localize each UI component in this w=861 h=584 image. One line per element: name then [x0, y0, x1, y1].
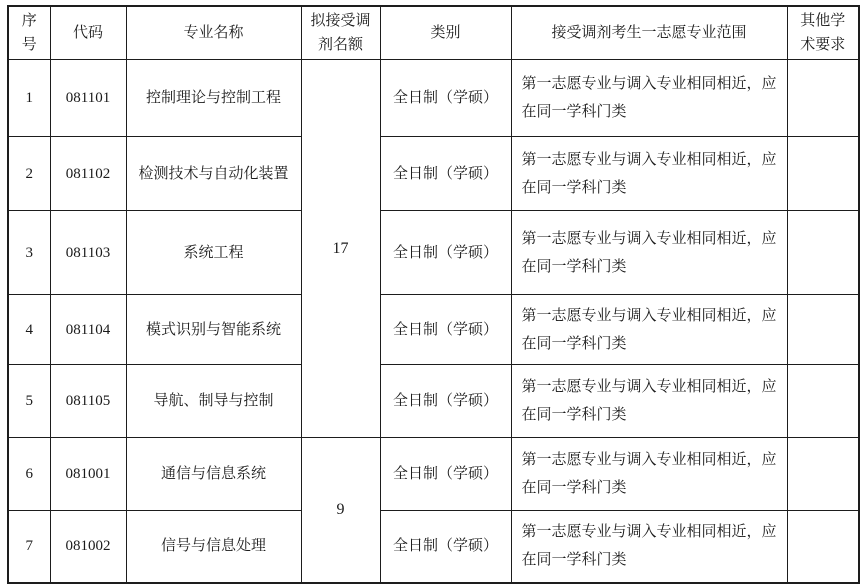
range-cell: 第一志愿专业与调入专业相同相近，应在同一学科门类	[511, 137, 787, 211]
code-cell: 081103	[50, 211, 126, 295]
serial-cell: 6	[8, 438, 50, 511]
range-cell: 第一志愿专业与调入专业相同相近，应在同一学科门类	[511, 211, 787, 295]
header-major-name: 专业名称	[126, 6, 301, 60]
category-cell: 全日制（学硕）	[380, 137, 511, 211]
serial-cell: 5	[8, 365, 50, 438]
major-cell: 导航、制导与控制	[126, 365, 301, 438]
table-row: 7 081002 信号与信息处理 全日制（学硕） 第一志愿专业与调入专业相同相近…	[8, 511, 859, 583]
other-cell	[787, 365, 859, 438]
table-row: 1 081101 控制理论与控制工程 17 全日制（学硕） 第一志愿专业与调入专…	[8, 60, 859, 137]
table-row: 5 081105 导航、制导与控制 全日制（学硕） 第一志愿专业与调入专业相同相…	[8, 365, 859, 438]
header-quota: 拟接受调剂名额	[301, 6, 380, 60]
table-header-row: 序号 代码 专业名称 拟接受调剂名额 类别 接受调剂考生一志愿专业范围 其他学术…	[8, 6, 859, 60]
other-cell	[787, 137, 859, 211]
serial-cell: 4	[8, 295, 50, 365]
category-cell: 全日制（学硕）	[380, 438, 511, 511]
range-cell: 第一志愿专业与调入专业相同相近，应在同一学科门类	[511, 365, 787, 438]
quota-cell-group-2: 9	[301, 438, 380, 583]
category-cell: 全日制（学硕）	[380, 365, 511, 438]
major-cell: 模式识别与智能系统	[126, 295, 301, 365]
other-cell	[787, 295, 859, 365]
header-serial-number: 序号	[8, 6, 50, 60]
major-cell: 控制理论与控制工程	[126, 60, 301, 137]
code-cell: 081101	[50, 60, 126, 137]
category-cell: 全日制（学硕）	[380, 511, 511, 583]
serial-cell: 3	[8, 211, 50, 295]
table-row: 2 081102 检测技术与自动化装置 全日制（学硕） 第一志愿专业与调入专业相…	[8, 137, 859, 211]
serial-cell: 2	[8, 137, 50, 211]
major-cell: 检测技术与自动化装置	[126, 137, 301, 211]
other-cell	[787, 211, 859, 295]
quota-cell-group-1: 17	[301, 60, 380, 438]
code-cell: 081105	[50, 365, 126, 438]
header-code: 代码	[50, 6, 126, 60]
serial-cell: 7	[8, 511, 50, 583]
major-cell: 信号与信息处理	[126, 511, 301, 583]
code-cell: 081001	[50, 438, 126, 511]
range-cell: 第一志愿专业与调入专业相同相近，应在同一学科门类	[511, 511, 787, 583]
major-cell: 通信与信息系统	[126, 438, 301, 511]
code-cell: 081102	[50, 137, 126, 211]
other-cell	[787, 60, 859, 137]
category-cell: 全日制（学硕）	[380, 211, 511, 295]
category-cell: 全日制（学硕）	[380, 295, 511, 365]
header-other-requirements: 其他学术要求	[787, 6, 859, 60]
other-cell	[787, 438, 859, 511]
code-cell: 081002	[50, 511, 126, 583]
header-category: 类别	[380, 6, 511, 60]
table-row: 6 081001 通信与信息系统 9 全日制（学硕） 第一志愿专业与调入专业相同…	[8, 438, 859, 511]
other-cell	[787, 511, 859, 583]
serial-cell: 1	[8, 60, 50, 137]
category-cell: 全日制（学硕）	[380, 60, 511, 137]
code-cell: 081104	[50, 295, 126, 365]
range-cell: 第一志愿专业与调入专业相同相近，应在同一学科门类	[511, 60, 787, 137]
range-cell: 第一志愿专业与调入专业相同相近，应在同一学科门类	[511, 438, 787, 511]
table-row: 3 081103 系统工程 全日制（学硕） 第一志愿专业与调入专业相同相近，应在…	[8, 211, 859, 295]
header-range: 接受调剂考生一志愿专业范围	[511, 6, 787, 60]
range-cell: 第一志愿专业与调入专业相同相近，应在同一学科门类	[511, 295, 787, 365]
table-row: 4 081104 模式识别与智能系统 全日制（学硕） 第一志愿专业与调入专业相同…	[8, 295, 859, 365]
major-cell: 系统工程	[126, 211, 301, 295]
adjustment-quota-table: 序号 代码 专业名称 拟接受调剂名额 类别 接受调剂考生一志愿专业范围 其他学术…	[7, 5, 860, 584]
